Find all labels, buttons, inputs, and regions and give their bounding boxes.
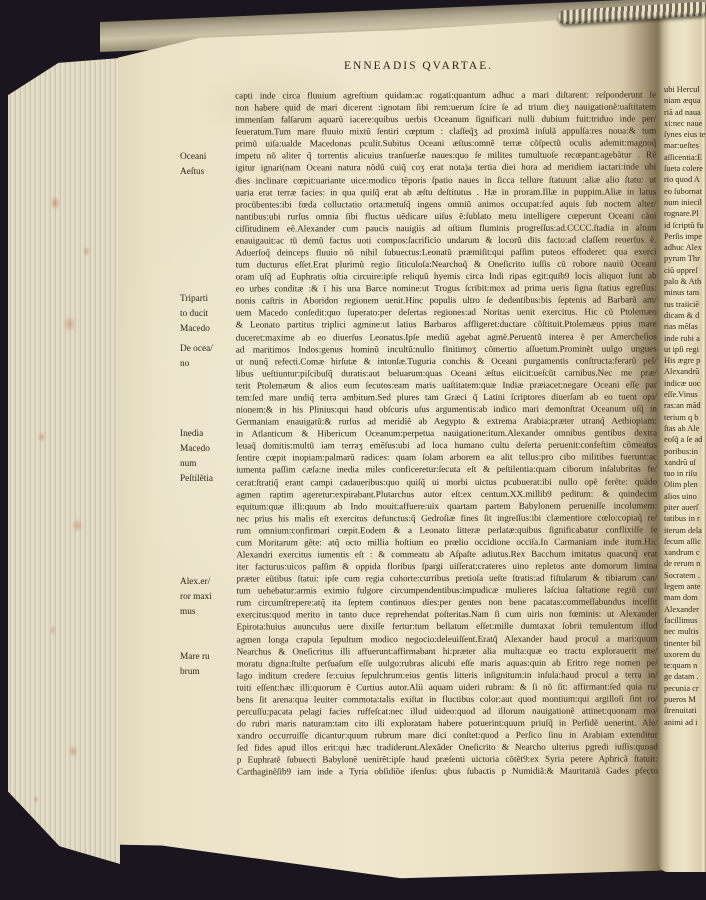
text-line: & Leonato partitus triplici agmine:ut la… (236, 318, 657, 331)
fragment-line: aſſicentia:E (664, 152, 706, 163)
text-line: uaria erat terræ facies: in qua quiſq̃ e… (235, 185, 656, 198)
text-line: ut nunq̃ refecti.Comæ hirſutæ & intonſæ.… (236, 354, 657, 367)
fragment-line: ras:an mãd (664, 400, 706, 411)
text-line: bens ſit arena:qua leuiter commota:talis… (237, 692, 658, 705)
text-line: iter facturus:uicos paſſim & oppida flor… (236, 559, 657, 572)
fragment-line: xandrũ uſ (664, 457, 706, 468)
fragment-line: tus traiiciẽ (664, 299, 706, 310)
text-line: nantibus:ubi rurſus omnia ſibi fluctus u… (235, 209, 656, 222)
fragment-line: rias mẽſas (664, 321, 706, 332)
fragment-line: de rerum n (664, 558, 706, 569)
text-line: moratu digna:ſtulte perſuaſum eſſe uulgo… (237, 656, 658, 669)
text-line: cerat:ſtratiq̃ erant campi cadaueribus:q… (236, 475, 657, 488)
fragment-line: pecunia cr (664, 683, 706, 694)
fragment-line: inde rubi a (664, 333, 706, 344)
text-line: tem:ſed mare undiq̃ terra ambitum.Sed pl… (236, 390, 657, 403)
text-line: in Atlanticum & Hibericum Oceanum:perpet… (236, 427, 657, 440)
text-line: p Euphratẽ ſubuecti Babylonẽ uenirẽt:ipſ… (237, 753, 658, 766)
fragment-line: xi:nec naue (664, 118, 706, 129)
text-line: agmen longa crapula ſepultum modico nego… (237, 632, 658, 645)
fragment-line: ge datam . (664, 671, 706, 682)
margin-note: Triparti to ducit Macedo (180, 292, 210, 337)
fragment-line: eſſe.Vinus (664, 389, 706, 400)
text-line: cum Moritarum gẽte: atq̃ octo millia hoſ… (236, 535, 657, 548)
fragment-line: animi ad i (664, 717, 706, 728)
book-fore-edge (8, 58, 120, 864)
fragment-line: rio quod A (664, 174, 706, 185)
text-line: impetu nõ aliter q̃ torrentis alicuius t… (235, 149, 656, 162)
fragment-line: facillimus (664, 615, 706, 626)
fragment-line: niam æqua (664, 95, 706, 106)
fragment-line: xandrum c (664, 547, 706, 558)
text-line: percuſſu:pacata pelagi facies ruffeſcat:… (237, 704, 658, 717)
text-line: rum circumſtrepere:atq̃ ita ſeptem conti… (236, 596, 657, 609)
fragment-line: Socratem . (664, 570, 706, 581)
fragment-line: ſtas ab Ale (664, 423, 706, 434)
text-line: ſentire cœpit inopiam:palmarũ radices: q… (236, 451, 657, 464)
margin-note: Alex.er/ ror maxi mus (180, 575, 212, 620)
fragment-line: dicam & d (664, 310, 706, 321)
margin-note: De ocea/ no (180, 342, 213, 372)
running-head: ENNEADIS QVARTAE. (344, 60, 493, 72)
margin-note: Inedia Macedo num Peſtilẽtia (180, 427, 213, 487)
fragment-line: nec multis (664, 626, 706, 637)
fragment-line: terium q b (664, 412, 706, 423)
fragment-line: His ægre p (664, 355, 706, 366)
fragment-line: legem ante (664, 581, 706, 592)
text-line: procũbentes:ibi fœda colluctatio orta:me… (235, 197, 656, 210)
text-line: rum omnium:confirmari cœpit.Eodem & a Le… (236, 523, 657, 536)
text-line: tum uehebatur:armis eximio fulgore circu… (236, 584, 657, 597)
fragment-line: eo ſubornat (664, 186, 706, 197)
fragment-line: pueros M (664, 694, 706, 705)
text-line: libus ueſtiuntur:piſcibuſq̃ duratis:aut … (236, 366, 657, 379)
text-line: exercitus:quod merito in tanto duce repr… (236, 608, 657, 621)
text-block: capti inde circa fluuium agreſtium quida… (235, 88, 658, 778)
margin-note: Mare ru brum (180, 650, 210, 680)
margin-note: Oceani Aeſtus (180, 150, 206, 180)
text-line: iumenta paſſim cæſa:ne inedia miles conf… (236, 463, 657, 476)
fragment-line: poribus:in (664, 446, 706, 457)
text-line: Epirota:huius auunculus uere dixiſſe fer… (236, 620, 657, 633)
text-line: enauigauit:ac tũ demũ factus uoti compos… (235, 233, 656, 246)
fragment-line: ut ipſi regi (664, 344, 706, 355)
fragment-line: Alexander (664, 604, 706, 615)
book-photograph: ENNEADIS QVARTAE. Oceani AeſtusTriparti … (0, 0, 706, 900)
fragment-line: ſynes eius te (664, 129, 706, 140)
gutter-shadow (622, 18, 662, 880)
text-line: non habere quid de mari dicerent :ignota… (235, 101, 656, 114)
fragment-line: mar:ueſtes (664, 140, 706, 151)
opposite-page-edge: ubi Herculniam æquariã ad nauaxi:nec nau… (658, 10, 706, 872)
text-line: tum ducturus eſſet.Erat plurimũ regio ſi… (236, 258, 657, 271)
text-line: Carthaginẽſib9 iam inde a Tyria obſidiõe… (237, 765, 658, 778)
text-line: do rubri maris naturam:tam cito illi exp… (237, 717, 658, 730)
text-line: capti inde circa fluuium agreſtium quida… (235, 88, 656, 101)
fragment-line: tatibus in r (664, 513, 706, 524)
book-page-verso: ENNEADIS QVARTAE. Oceani AeſtusTriparti … (118, 18, 662, 880)
text-line: lago inditum credere ſe:cuius ſepulchrum… (237, 668, 658, 681)
fragment-line: piter auerſ (664, 502, 706, 513)
text-line: Alexandri exercitus iumentis eſt : & com… (236, 547, 657, 560)
text-line: leuaq̃ domitis:multũ iam terraʒ emẽſus:u… (236, 439, 657, 452)
fragment-line: palo & Ath (664, 276, 706, 287)
text-line: nonis caſtris in Aboridon regionem uenit… (236, 294, 657, 307)
text-line: ciſſitudinem eẽ.Alexander cum paucis nau… (235, 221, 656, 234)
fragment-line: adhuc Alex (664, 242, 706, 253)
fragment-line: ubi Hercul (664, 84, 706, 95)
text-line: duceret:maxime ab eo diuerſus Leonatus.I… (236, 330, 657, 343)
fragment-line: te:quam n (664, 660, 706, 671)
fragment-line: minus tam (664, 287, 706, 298)
text-line: ad maritimos Indos:genus hominũ incultũ:… (236, 342, 657, 355)
fragment-line: rognare.Pl (664, 208, 706, 219)
text-line: eo urbes conditæ :& ĩ his una Barce nomi… (236, 282, 657, 295)
fragment-line: Alexandrũ (664, 366, 706, 377)
fragment-line: indicæ uoc (664, 378, 706, 389)
fragment-line: iterum dela (664, 525, 706, 536)
text-line: terit Ptolemæum & alios eum ſecutos:eam … (236, 378, 657, 391)
text-line: equitum:quæ illi:quum ab Indo mouit:affu… (236, 499, 657, 512)
fragment-line: tuo in riſu (664, 468, 706, 479)
text-line: xandro occurruiſſe dicantur:quum rubrum … (237, 729, 658, 742)
fragment-line: Olim plen (664, 479, 706, 490)
fragment-line: ſecum aſſic (664, 536, 706, 547)
text-line: oram uſq̃ ad Euphratis oſtia circuire:ip… (236, 270, 657, 283)
fragment-line: alios uino (664, 491, 706, 502)
text-line: agmen raptim ageretur:expirabant.Plutarc… (236, 487, 657, 500)
fragment-line: uxorem du (664, 649, 706, 660)
fragment-line: id ſcriptũ fu (664, 220, 706, 231)
fragment-line: riã ad naua (664, 107, 706, 118)
text-line: ſed fides apud illos erit:qui hæc tradid… (237, 741, 658, 754)
fragment-line: ſueta colere (664, 163, 706, 174)
text-line: immenſam falſarum aquarũ iacere:quibus u… (235, 113, 656, 126)
text-line: primũ uiſa:ualde Macedonas pculit.Subitu… (235, 137, 656, 150)
fragment-line: ſtrenuitati (664, 705, 706, 716)
text-line: nionem:& in his Plinius:qui haud obſcuri… (236, 402, 657, 415)
text-line: Nearchus & Oneſicritus illi affuerunt:af… (237, 644, 658, 657)
fragment-line: mam dom (664, 592, 706, 603)
text-line: ſeueratum.Tum mare fluuio mixtũ ſentiri … (235, 125, 656, 138)
text-line: præter eũtibus ſtatui: ipſe cum regia co… (236, 572, 657, 585)
fragment-line: Perſis impe (664, 231, 706, 242)
text-line: Germaniam enauigatũ:& rurſus ad meridiẽ … (236, 415, 657, 428)
fragment-line: tinenter bil (664, 638, 706, 649)
text-line: igitur ignari(nam Oceani natura nõdũ cui… (235, 161, 656, 174)
fragment-line: eoſq̃ a ſe ad (664, 434, 706, 445)
text-line: dies inclinare cœpit:uariante uice:modic… (235, 173, 656, 186)
text-line: tuiti eſſent:hæc illi:quorum ẽ Curtius a… (237, 680, 658, 693)
fragment-line: ciũ oppreſ (664, 265, 706, 276)
text-line: nec prius his malis eſt exercitus defunc… (236, 511, 657, 524)
fragment-line: num iniecil (664, 197, 706, 208)
fragment-column: ubi Herculniam æquariã ad nauaxi:nec nau… (664, 84, 706, 728)
text-line: uem Macedo conſedit:quo ſuperato:per deſ… (236, 306, 657, 319)
text-line: Aduerſoq̃ deinceps fluuio nõ nihil ſubue… (236, 245, 657, 258)
fragment-line: pyrum Thr (664, 253, 706, 264)
